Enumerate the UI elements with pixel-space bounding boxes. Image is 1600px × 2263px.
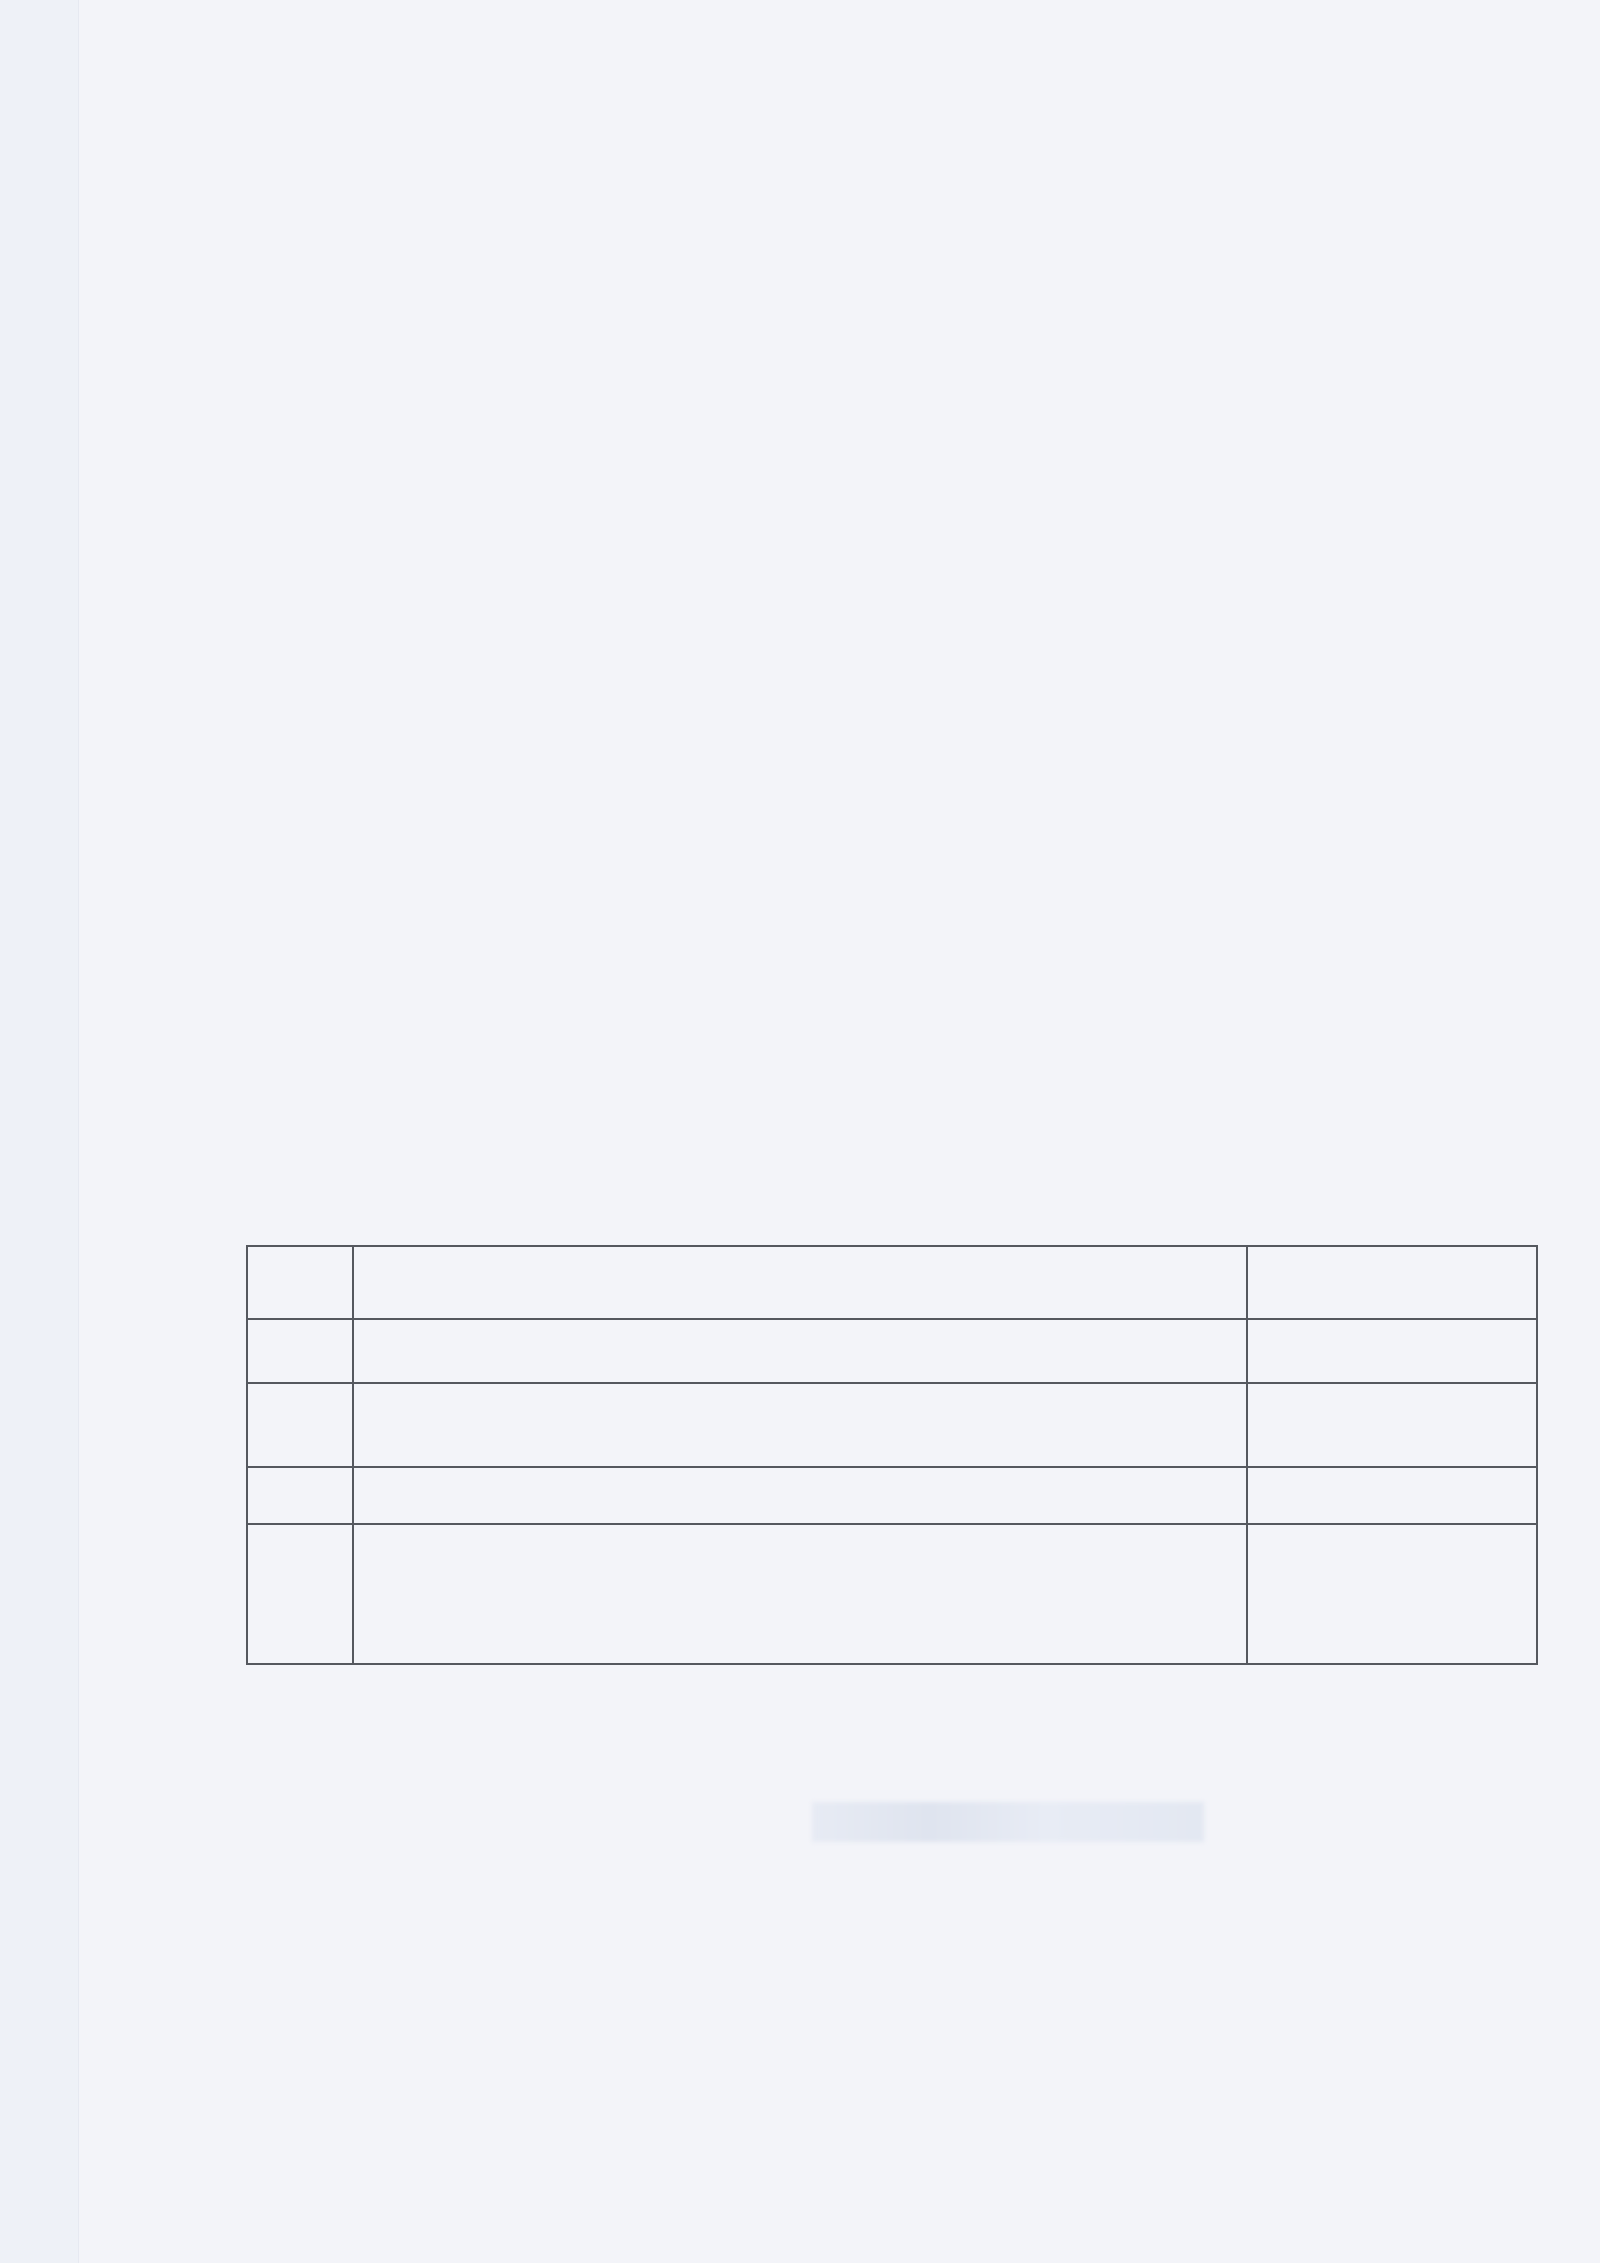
scan-edge [0,0,79,2263]
table-row [247,1467,1537,1524]
cell-score [1247,1524,1537,1664]
cell-num [247,1524,353,1664]
cell-parameter [353,1524,1247,1664]
table-row [247,1524,1537,1664]
redacted-name [812,1802,1204,1842]
cell-score [1247,1383,1537,1467]
header-parameter [353,1246,1247,1319]
cell-num [247,1319,353,1383]
document-page [0,0,1600,2263]
table-header-row [247,1246,1537,1319]
cell-parameter [353,1319,1247,1383]
cell-num [247,1383,353,1467]
cell-num [247,1467,353,1524]
cell-parameter [353,1467,1247,1524]
table-row [247,1319,1537,1383]
rating-table [246,1245,1538,1665]
cell-score [1247,1467,1537,1524]
header-num [247,1246,353,1319]
header-score [1247,1246,1537,1319]
cell-score [1247,1319,1537,1383]
table-row [247,1383,1537,1467]
cell-parameter [353,1383,1247,1467]
